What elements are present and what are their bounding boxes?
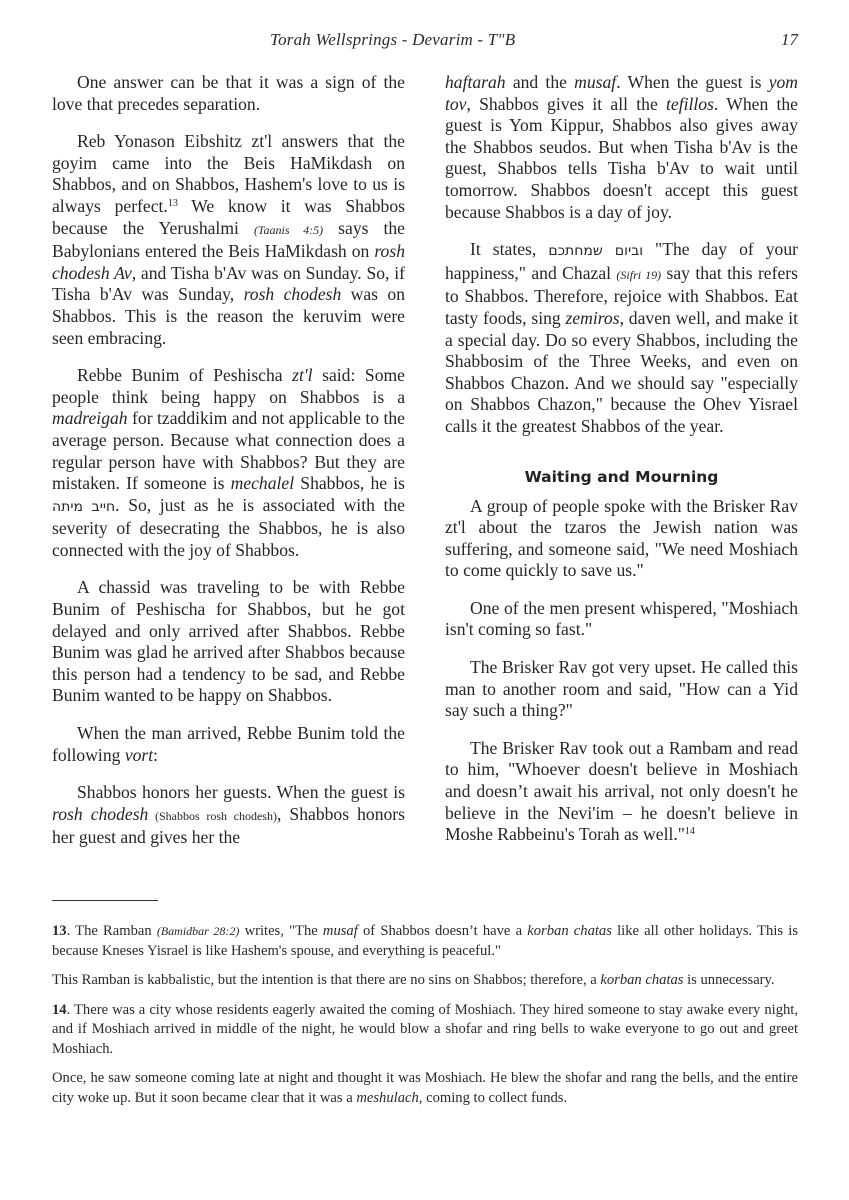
paragraph: Reb Yonason Eibshitz zt'l answers that t… (52, 131, 405, 349)
footnotes: 13. The Ramban (Bamidbar 28:2) writes, "… (52, 922, 798, 1118)
footnote-13: 13. The Ramban (Bamidbar 28:2) writes, "… (52, 922, 798, 961)
right-column: haftarah and the musaf. When the guest i… (445, 72, 798, 862)
paragraph: When the man arrived, Rebbe Bunim told t… (52, 723, 405, 766)
source-citation: (Shabbos rosh chodesh) (148, 809, 277, 823)
hebrew-phrase: חייב מיתה (52, 499, 115, 515)
footnote-14: 14. There was a city whose residents eag… (52, 1001, 798, 1060)
paragraph: The Brisker Rav took out a Rambam and re… (445, 738, 798, 846)
paragraph: It states, וביום שמחתכם "The day of your… (445, 239, 798, 437)
footnote-divider (52, 900, 158, 901)
paragraph: The Brisker Rav got very upset. He calle… (445, 657, 798, 722)
paragraph: A chassid was traveling to be with Rebbe… (52, 577, 405, 707)
page-number: 17 (781, 30, 798, 50)
footnote-number: 13 (52, 923, 67, 939)
left-column: One answer can be that it was a sign of … (52, 72, 405, 865)
footnote-number: 14 (52, 1002, 67, 1018)
paragraph: Shabbos honors her guests. When the gues… (52, 782, 405, 849)
paragraph: One of the men present whispered, "Moshi… (445, 598, 798, 641)
footnote-ref-14[interactable]: 14 (685, 826, 695, 837)
section-heading: Waiting and Mourning (445, 468, 798, 486)
paragraph-continued: haftarah and the musaf. When the guest i… (445, 72, 798, 223)
paragraph: Rebbe Bunim of Peshischa zt'l said: Some… (52, 365, 405, 561)
running-title: Torah Wellsprings - Devarim - T"B (270, 30, 515, 50)
hebrew-phrase: וביום שמחתכם (548, 243, 643, 259)
running-header: Torah Wellsprings - Devarim - T"B 17 (52, 30, 798, 54)
source-citation: (Sifri 19) (616, 268, 661, 282)
paragraph: One answer can be that it was a sign of … (52, 72, 405, 115)
paragraph: A group of people spoke with the Brisker… (445, 496, 798, 582)
footnote-ref-13[interactable]: 13 (168, 198, 178, 209)
footnote-13-continued: This Ramban is kabbalistic, but the inte… (52, 971, 798, 991)
footnote-14-continued: Once, he saw someone coming late at nigh… (52, 1069, 798, 1108)
source-citation: (Taanis 4:5) (254, 223, 323, 237)
source-citation: (Bamidbar 28:2) (157, 924, 240, 938)
